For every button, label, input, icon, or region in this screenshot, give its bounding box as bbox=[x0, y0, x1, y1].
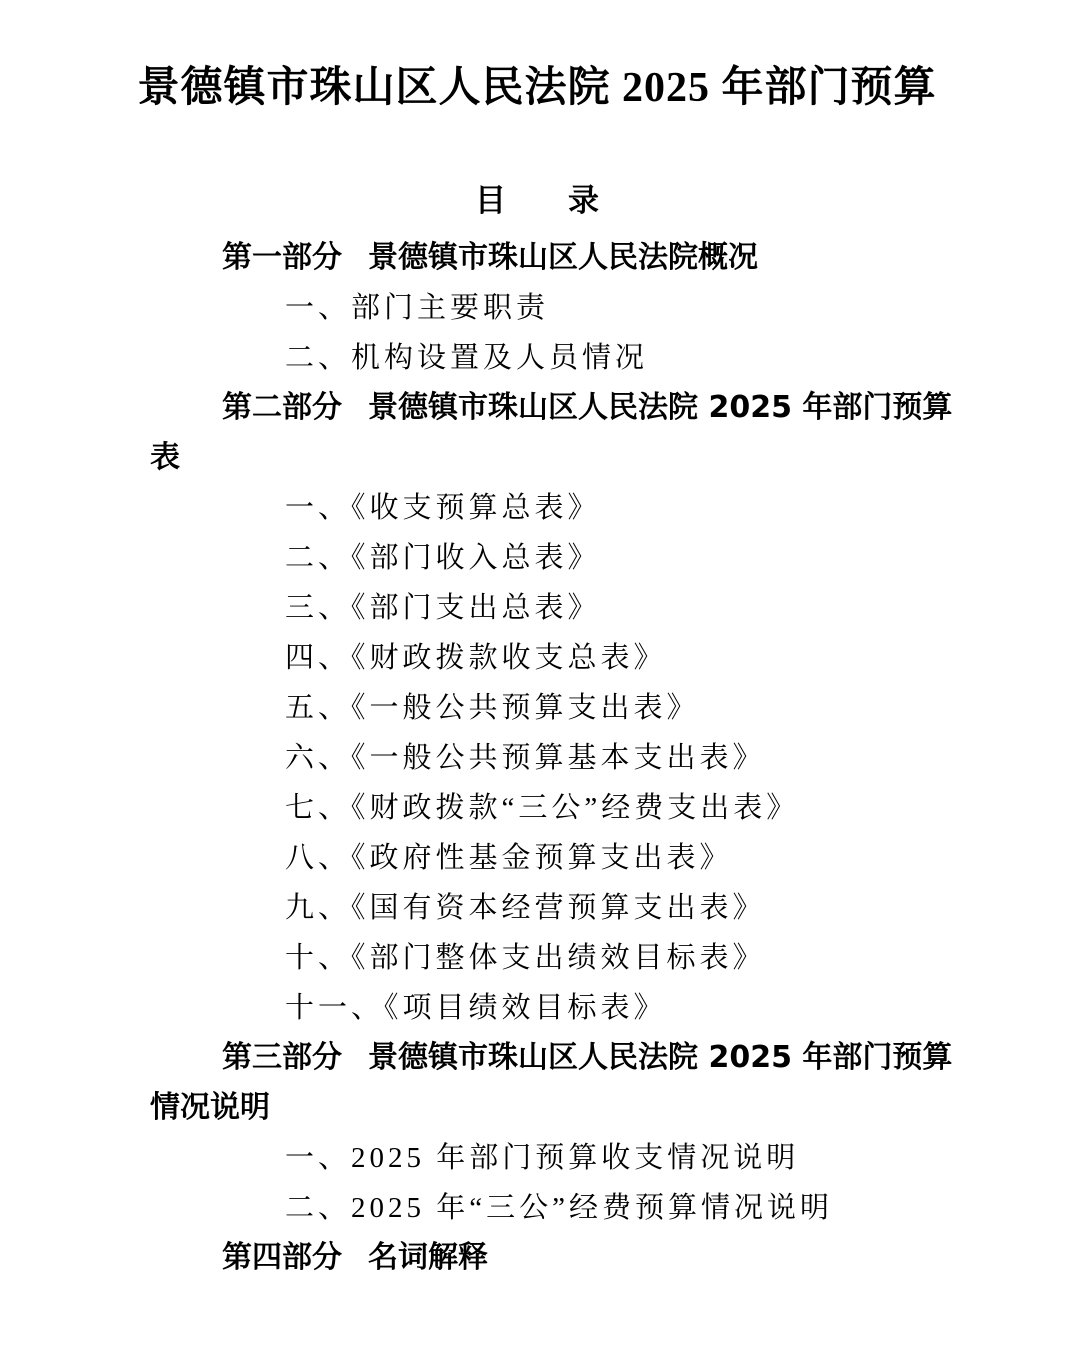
toc-section-title: 景德镇市珠山区人民法院 2025 年部门预算 bbox=[368, 390, 952, 425]
toc-item: 三、《部门支出总表》 bbox=[150, 583, 974, 633]
toc-item: 十一、《项目绩效目标表》 bbox=[150, 983, 974, 1033]
toc-section-title: 景德镇市珠山区人民法院 2025 年部门预算 bbox=[368, 1040, 952, 1075]
document-page: 景德镇市珠山区人民法院 2025 年部门预算 目 录 第一部分景德镇市珠山区人民… bbox=[0, 0, 1074, 1349]
toc-item: 一、《收支预算总表》 bbox=[150, 483, 974, 533]
toc-item: 五、《一般公共预算支出表》 bbox=[150, 683, 974, 733]
toc-item: 二、2025 年“三公”经费预算情况说明 bbox=[150, 1183, 974, 1233]
document-title: 景德镇市珠山区人民法院 2025 年部门预算 bbox=[0, 0, 1074, 115]
toc-item: 八、《政府性基金预算支出表》 bbox=[150, 833, 974, 883]
toc-section-heading: 第四部分名词解释 bbox=[150, 1233, 974, 1283]
toc-item: 九、《国有资本经营预算支出表》 bbox=[150, 883, 974, 933]
toc-section-heading-continuation: 表 bbox=[150, 433, 974, 483]
toc-section-label: 第一部分 bbox=[222, 240, 342, 275]
toc-item: 一、部门主要职责 bbox=[150, 283, 974, 333]
toc-item: 二、《部门收入总表》 bbox=[150, 533, 974, 583]
toc-item: 四、《财政拨款收支总表》 bbox=[150, 633, 974, 683]
toc-item: 六、《一般公共预算基本支出表》 bbox=[150, 733, 974, 783]
toc-section-label: 第二部分 bbox=[222, 390, 342, 425]
toc-list: 第一部分景德镇市珠山区人民法院概况一、部门主要职责二、机构设置及人员情况第二部分… bbox=[150, 233, 974, 1283]
toc-section-title: 景德镇市珠山区人民法院概况 bbox=[368, 240, 758, 275]
toc-item: 七、《财政拨款“三公”经费支出表》 bbox=[150, 783, 974, 833]
toc-section-heading: 第一部分景德镇市珠山区人民法院概况 bbox=[150, 233, 974, 283]
toc-section-label: 第四部分 bbox=[222, 1240, 342, 1275]
toc-section-label: 第三部分 bbox=[222, 1040, 342, 1075]
toc-section-heading: 第三部分景德镇市珠山区人民法院 2025 年部门预算 bbox=[150, 1033, 974, 1083]
toc-heading: 目 录 bbox=[0, 181, 1074, 221]
toc-item: 二、机构设置及人员情况 bbox=[150, 333, 974, 383]
toc-item: 一、2025 年部门预算收支情况说明 bbox=[150, 1133, 974, 1183]
toc-section-heading: 第二部分景德镇市珠山区人民法院 2025 年部门预算 bbox=[150, 383, 974, 433]
toc-section-title: 名词解释 bbox=[368, 1240, 488, 1275]
toc-section-heading-continuation: 情况说明 bbox=[150, 1083, 974, 1133]
toc-item: 十、《部门整体支出绩效目标表》 bbox=[150, 933, 974, 983]
